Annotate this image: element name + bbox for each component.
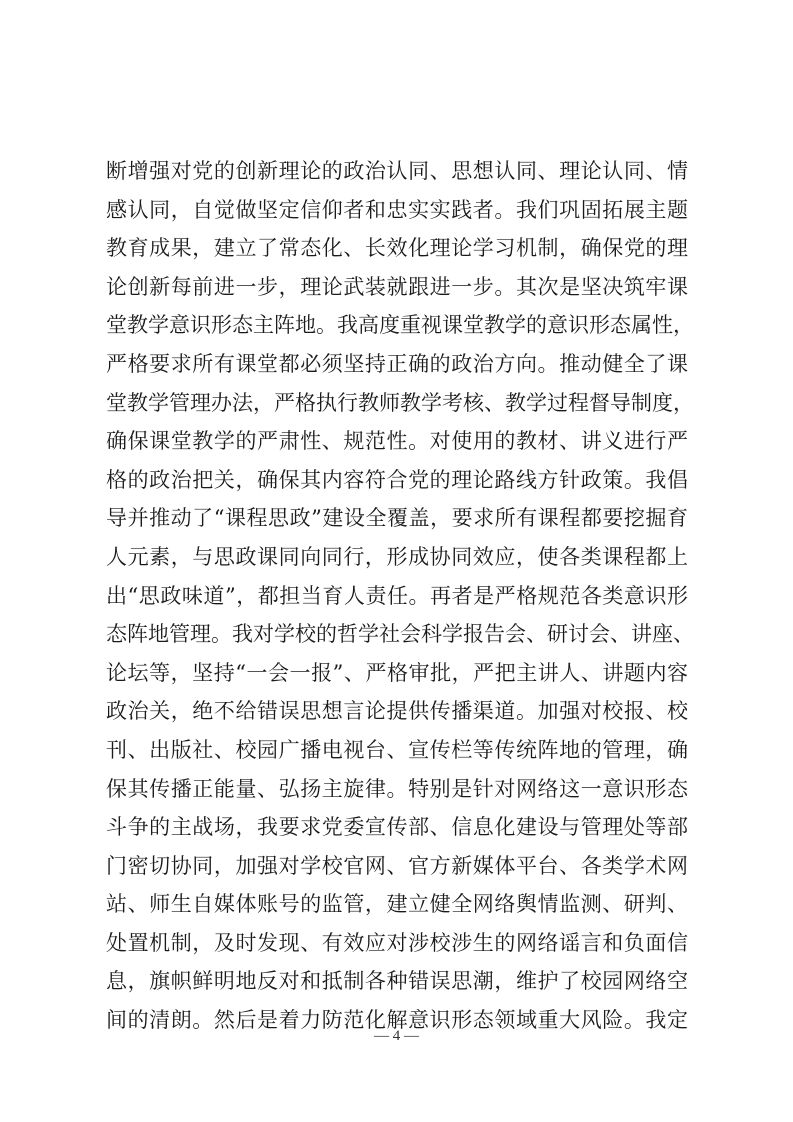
text-line: 站、师生自媒体账号的监管，建立健全网络舆情监测、研判、 [106,885,688,924]
text-line: 态阵地管理。我对学校的哲学社会科学报告会、研讨会、讲座、 [106,615,688,654]
text-line: 政治关，绝不给错误思想言论提供传播渠道。加强对校报、校 [106,692,688,731]
text-line: 严格要求所有课堂都必须坚持正确的政治方向。推动健全了课 [106,345,688,384]
text-line: 论坛等，坚持“一会一报”、严格审批，严把主讲人、讲题内容 [106,654,688,693]
text-line: 保其传播正能量、弘扬主旋律。特别是针对网络这一意识形态 [106,770,688,809]
text-line: 论创新每前进一步，理论武装就跟进一步。其次是坚决筑牢课 [106,268,688,307]
text-line: 教育成果，建立了常态化、长效化理论学习机制，确保党的理 [106,229,688,268]
text-line: 断增强对党的创新理论的政治认同、思想认同、理论认同、情 [106,152,688,191]
text-line: 出“思政味道”，都担当育人责任。再者是严格规范各类意识形 [106,577,688,616]
page-number: — 4 — [0,1028,793,1045]
text-line: 刊、出版社、校园广播电视台、宣传栏等传统阵地的管理，确 [106,731,688,770]
text-line: 人元素，与思政课同向同行，形成协同效应，使各类课程都上 [106,538,688,577]
text-line: 堂教学管理办法，严格执行教师教学考核、教学过程督导制度， [106,384,688,423]
text-line: 门密切协同，加强对学校官网、官方新媒体平台、各类学术网 [106,847,688,886]
text-line: 格的政治把关，确保其内容符合党的理论路线方针政策。我倡 [106,461,688,500]
text-line: 息，旗帜鲜明地反对和抵制各种错误思潮，维护了校园网络空 [106,962,688,1001]
document-page: 断增强对党的创新理论的政治认同、思想认同、理论认同、情 感认同，自觉做坚定信仰者… [0,0,793,1122]
text-line: 导并推动了“课程思政”建设全覆盖，要求所有课程都要挖掘育 [106,499,688,538]
text-line: 确保课堂教学的严肃性、规范性。对使用的教材、讲义进行严 [106,422,688,461]
text-line: 处置机制，及时发现、有效应对涉校涉生的网络谣言和负面信 [106,924,688,963]
body-text: 断增强对党的创新理论的政治认同、思想认同、理论认同、情 感认同，自觉做坚定信仰者… [106,152,688,1040]
text-line: 斗争的主战场，我要求党委宣传部、信息化建设与管理处等部 [106,808,688,847]
text-line: 感认同，自觉做坚定信仰者和忠实实践者。我们巩固拓展主题 [106,191,688,230]
text-line: 堂教学意识形态主阵地。我高度重视课堂教学的意识形态属性， [106,306,688,345]
